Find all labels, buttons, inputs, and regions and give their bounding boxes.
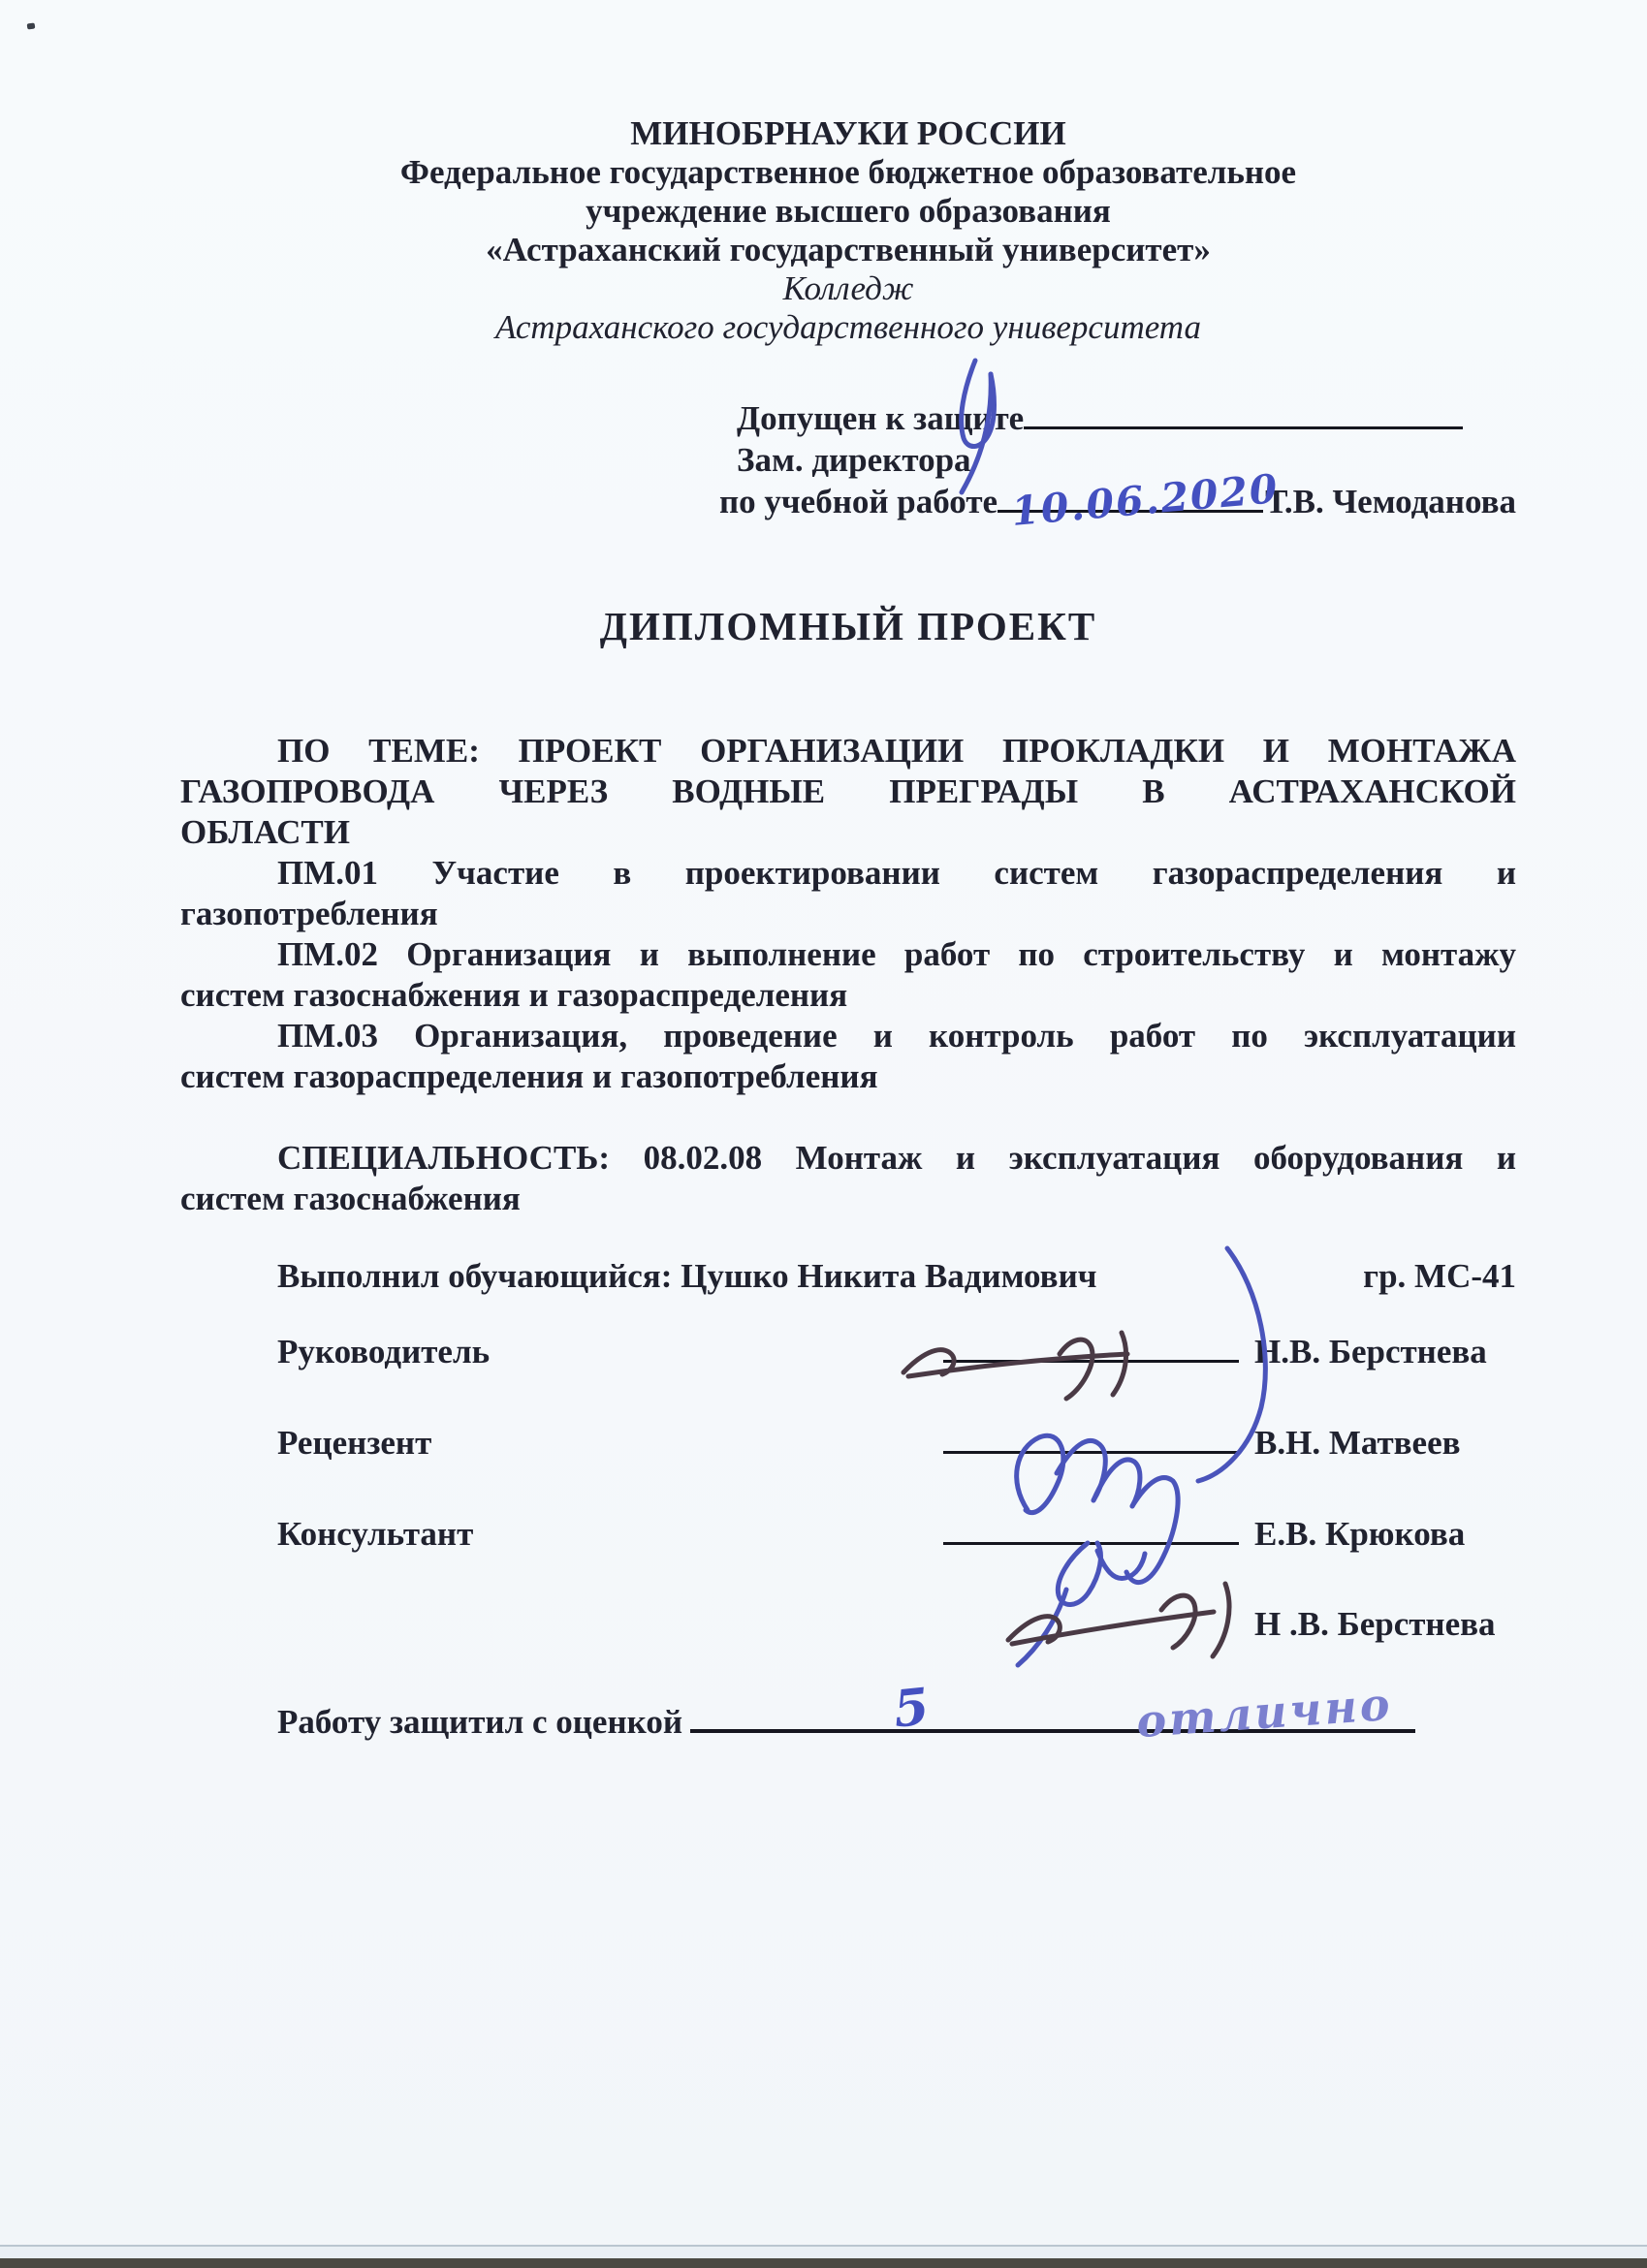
approval-label: Допущен к защите	[737, 397, 1024, 439]
theme-block: ПО ТЕМЕ: ПРОЕКТ ОРГАНИЗАЦИИ ПРОКЛАДКИ И …	[180, 731, 1516, 1097]
org-line-2: учреждение высшего образования	[180, 192, 1516, 231]
performer-label: Выполнил обучающийся: Цушко Никита Вадим…	[277, 1256, 1097, 1297]
module-pm02-line: ПМ.02 Организация и выполнение работ по …	[180, 934, 1516, 975]
defense-result-label: Работу защитил с оценкой	[277, 1702, 682, 1743]
reviewer-name: В.Н. Матвеев	[1239, 1423, 1516, 1464]
norm-controller-row: Н .В. Берстнева	[180, 1604, 1516, 1645]
deputy-director-label: Зам. директора	[737, 439, 971, 481]
specialty-line: систем газоснабжения	[180, 1179, 1516, 1219]
supervisor-name: Н.В. Берстнева	[1239, 1332, 1516, 1372]
supervisor-label: Руководитель	[277, 1332, 490, 1372]
org-line-1: Федеральное государственное бюджетное об…	[180, 153, 1516, 192]
module-pm02-line: систем газоснабжения и газораспределения	[180, 975, 1516, 1016]
approval-signature-line	[1024, 397, 1463, 429]
academic-work-label: по учебной работе	[719, 481, 998, 522]
supervisor-signature-line	[943, 1331, 1239, 1363]
scanner-bed-strip	[0, 2258, 1647, 2268]
module-pm03-line: ПМ.03 Организация, проведение и контроль…	[180, 1016, 1516, 1056]
module-pm01-line: ПМ.01 Участие в проектировании систем га…	[180, 853, 1516, 894]
performer-row: Выполнил обучающийся: Цушко Никита Вадим…	[180, 1256, 1516, 1297]
norm-controller-signature-space	[943, 1606, 1239, 1635]
consultant-row: Консультант Е.В. Крюкова	[180, 1513, 1516, 1555]
reviewer-row: Рецензент В.Н. Матвеев	[180, 1422, 1516, 1464]
handwritten-grade-word: отлично	[1135, 1684, 1394, 1742]
handwritten-grade: 5	[892, 1686, 931, 1731]
page-content: МИНОБРНАУКИ РОССИИ Федеральное государст…	[0, 0, 1647, 1743]
theme-line: ГАЗОПРОВОДА ЧЕРЕЗ ВОДНЫЕ ПРЕГРАДЫ В АСТР…	[180, 772, 1516, 812]
specialty-block: СПЕЦИАЛЬНОСТЬ: 08.02.08 Монтаж и эксплуа…	[180, 1138, 1516, 1219]
college-line-2: Астраханского государственного университ…	[180, 308, 1516, 347]
reviewer-label: Рецензент	[277, 1423, 431, 1464]
org-line-3: «Астраханский государственный университе…	[180, 231, 1516, 269]
consultant-name: Е.В. Крюкова	[1239, 1514, 1516, 1555]
defense-result-row: Работу защитил с оценкой 5 отлично	[180, 1696, 1516, 1743]
institution-header: МИНОБРНАУКИ РОССИИ Федеральное государст…	[180, 114, 1516, 347]
supervisor-row: Руководитель Н.В. Берстнева	[180, 1331, 1516, 1372]
college-line-1: Колледж	[180, 269, 1516, 308]
ministry-line: МИНОБРНАУКИ РОССИИ	[180, 114, 1516, 153]
approval-row-1: Допущен к защите	[719, 397, 1516, 439]
document-title: ДИПЛОМНЫЙ ПРОЕКТ	[180, 605, 1516, 647]
scanned-title-page: МИНОБРНАУКИ РОССИИ Федеральное государст…	[0, 0, 1647, 2268]
consultant-label: Консультант	[277, 1514, 473, 1555]
approval-row-3: по учебной работе 10.06.2020 Т.В. Чемода…	[719, 481, 1516, 522]
approval-date-line: 10.06.2020	[998, 481, 1263, 513]
reviewer-signature-line	[943, 1422, 1239, 1454]
approval-block: Допущен к защите Зам. директора по учебн…	[719, 397, 1516, 522]
specialty-line: СПЕЦИАЛЬНОСТЬ: 08.02.08 Монтаж и эксплуа…	[180, 1138, 1516, 1179]
module-pm01-line: газопотребления	[180, 894, 1516, 934]
theme-line: ПО ТЕМЕ: ПРОЕКТ ОРГАНИЗАЦИИ ПРОКЛАДКИ И …	[180, 731, 1516, 772]
norm-controller-name: Н .В. Берстнева	[1239, 1604, 1516, 1645]
module-pm03-line: систем газораспределения и газопотреблен…	[180, 1056, 1516, 1097]
consultant-signature-line	[943, 1513, 1239, 1545]
grade-line: 5 отлично	[690, 1696, 1415, 1733]
approver-name: Т.В. Чемоданова	[1265, 481, 1516, 522]
theme-line: ОБЛАСТИ	[180, 812, 1516, 853]
approval-row-2: Зам. директора	[719, 439, 1516, 481]
group-label: гр. МС-41	[1363, 1256, 1516, 1297]
